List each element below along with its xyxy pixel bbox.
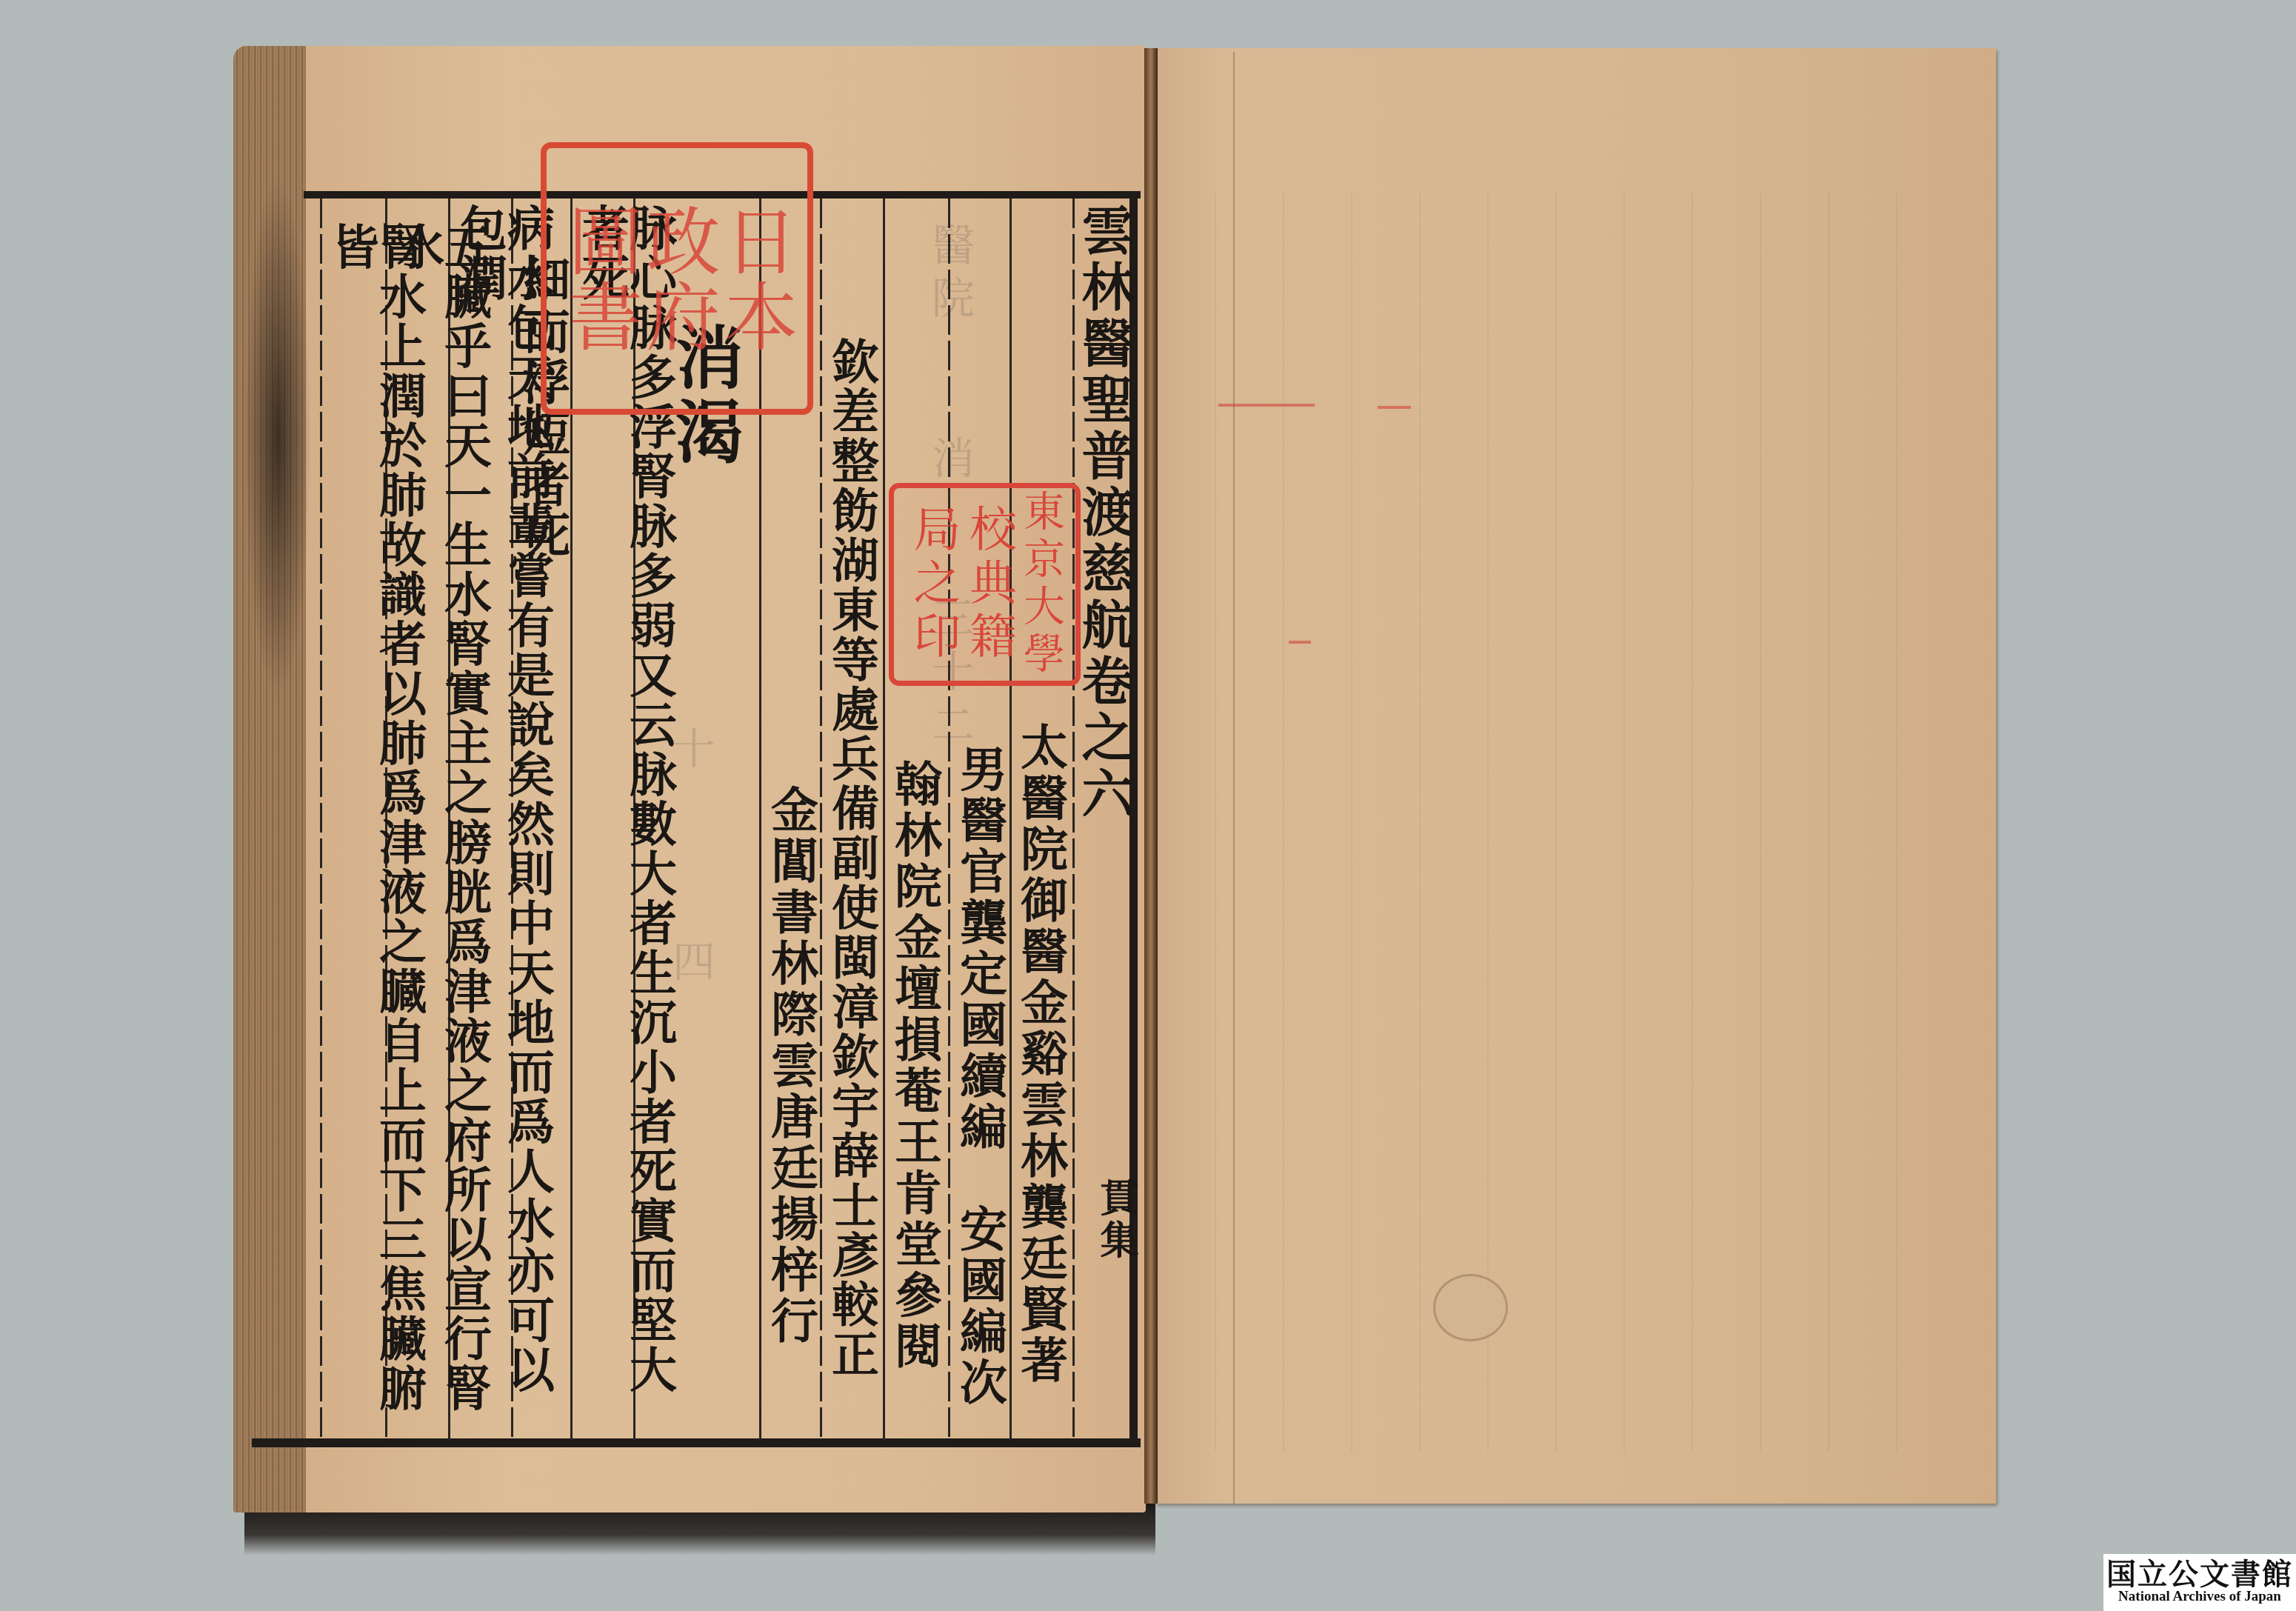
university-library-seal: 東京大學 校典籍 局之印 [889,483,1081,686]
logo-japanese-text: 国立公文書館 [2106,1560,2293,1590]
author-credit-column: 太醫院御醫金谿雲林龔廷賢著 [1016,722,1064,1389]
right-page-fold-line [1233,52,1235,1504]
proofreader-credit-column: 欽差整飭湖東等處兵備副使閩漳欽宇薛士彥較正 [827,337,875,1411]
faint-seal-mark [1378,406,1411,409]
book-spine [1144,48,1158,1504]
seal-column: 圖書 [561,203,638,354]
paper-damage-hole [1433,1274,1508,1341]
collection-mark: 貫集 [1096,1178,1135,1326]
body-text-column: 腎水上潤於肺故識者以肺爲津液之臓自上而下三焦臟腑皆 [327,222,422,1437]
ink-stain [244,178,311,696]
logo-english-text: National Archives of Japan [2118,1590,2281,1605]
column-divider [1009,199,1012,1440]
seal-column: 校典籍 [960,504,1016,664]
column-divider [883,199,885,1440]
seal-column: 東京大學 [1016,490,1065,679]
faint-seal-mark [1289,641,1311,644]
editor-credit-column: 男醫官龔定國續編 安國編次 [955,744,1003,1411]
column-divider [320,199,322,1440]
reviewer-credit-column: 翰林院金壇損菴王肯堂參閱 [890,759,938,1426]
book-title-column: 雲林醫聖普渡慈航卷之六 [1078,204,1129,944]
seal-column: 日本 [716,203,794,354]
national-archives-logo: 国立公文書館 National Archives of Japan [2103,1554,2296,1611]
seal-column: 政府 [638,203,716,354]
seal-column: 局之印 [904,504,961,664]
column-divider [948,199,950,1440]
publisher-credit-column: 金閶書林際雲唐廷揚梓行 [767,785,814,1415]
faint-seal-mark [1218,404,1315,407]
government-library-seal: 日本 政府 圖書 [541,142,813,415]
column-divider [820,199,822,1440]
right-page-show-through-grid [1215,193,1955,1452]
